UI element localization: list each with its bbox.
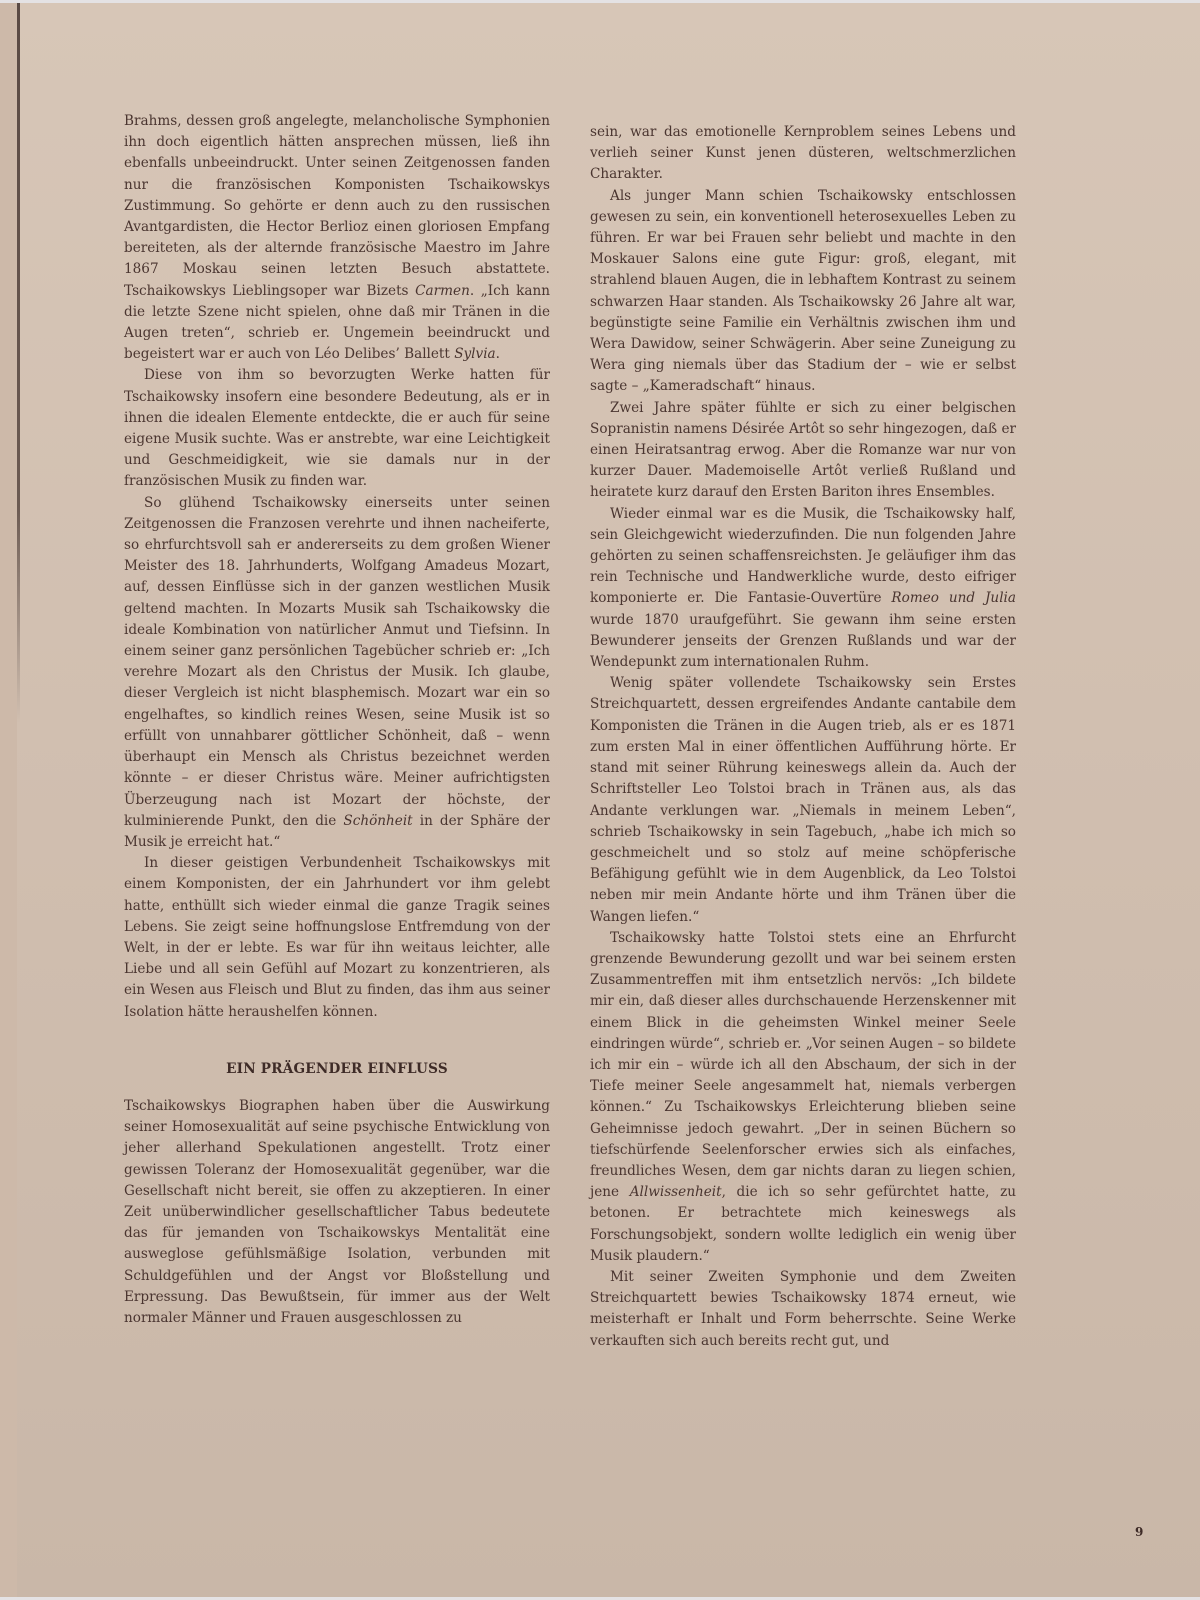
paragraph: Wieder einmal war es die Musik, die Tsch…	[590, 504, 1016, 674]
text-run: Brahms, dessen groß angelegte, melanchol…	[124, 113, 550, 299]
text-run: .	[496, 346, 500, 362]
paragraph: Brahms, dessen groß angelegte, melanchol…	[124, 111, 550, 365]
text-run: Mit seiner Zweiten Symphonie und dem Zwe…	[590, 1269, 1016, 1349]
text-run: Wenig später vollendete Tschaikowsky sei…	[590, 675, 1016, 924]
paragraph: Als junger Mann schien Tschaikowsky ents…	[590, 186, 1016, 398]
paragraph: Tschaikowskys Biographen haben über die …	[124, 1096, 550, 1329]
text-run: In dieser geistigen Verbundenheit Tschai…	[124, 855, 550, 1019]
section-heading: EIN PRÄGENDER EINFLUSS	[124, 1059, 550, 1080]
emphasis-allwissenheit: Allwissenheit	[630, 1184, 722, 1200]
paragraph: Wenig später vollendete Tschaikowsky sei…	[590, 673, 1016, 927]
page-gutter-shadow	[17, 3, 20, 723]
text-run: Diese von ihm so bevorzugten Werke hatte…	[124, 367, 550, 489]
text-run: sein, war das emotionelle Kernproblem se…	[590, 124, 1016, 182]
paragraph: Tschaikowsky hatte Tolstoi stets eine an…	[590, 928, 1016, 1267]
right-text-column: sein, war das emotionelle Kernproblem se…	[590, 122, 1016, 1352]
page-number: 9	[1135, 1525, 1143, 1539]
ballet-title-sylvia: Sylvia	[454, 346, 495, 362]
paragraph: Mit seiner Zweiten Symphonie und dem Zwe…	[590, 1267, 1016, 1352]
paragraph: Zwei Jahre später fühlte er sich zu eine…	[590, 398, 1016, 504]
text-run: Zwei Jahre später fühlte er sich zu eine…	[590, 400, 1016, 501]
text-run: Tschaikowsky hatte Tolstoi stets eine an…	[590, 930, 1016, 1200]
opera-title-carmen: Carmen	[415, 283, 470, 299]
paragraph: Diese von ihm so bevorzugten Werke hatte…	[124, 365, 550, 492]
paragraph: sein, war das emotionelle Kernproblem se…	[590, 122, 1016, 186]
text-run: Tschaikowskys Biographen haben über die …	[124, 1098, 550, 1326]
text-run: Als junger Mann schien Tschaikowsky ents…	[590, 188, 1016, 395]
paragraph: So glühend Tschaikowsky einerseits unter…	[124, 493, 550, 853]
paragraph: In dieser geistigen Verbundenheit Tschai…	[124, 853, 550, 1023]
book-page: Brahms, dessen groß angelegte, melanchol…	[0, 3, 1200, 1597]
work-title-romeo-und-julia: Romeo und Julia	[891, 590, 1016, 606]
text-run: wurde 1870 uraufgeführt. Sie gewann ihm …	[590, 612, 1016, 670]
previous-page-edge	[0, 3, 17, 1597]
emphasis-schoenheit: Schönheit	[343, 813, 412, 829]
left-text-column: Brahms, dessen groß angelegte, melanchol…	[124, 111, 550, 1329]
text-run: So glühend Tschaikowsky einerseits unter…	[124, 495, 550, 829]
